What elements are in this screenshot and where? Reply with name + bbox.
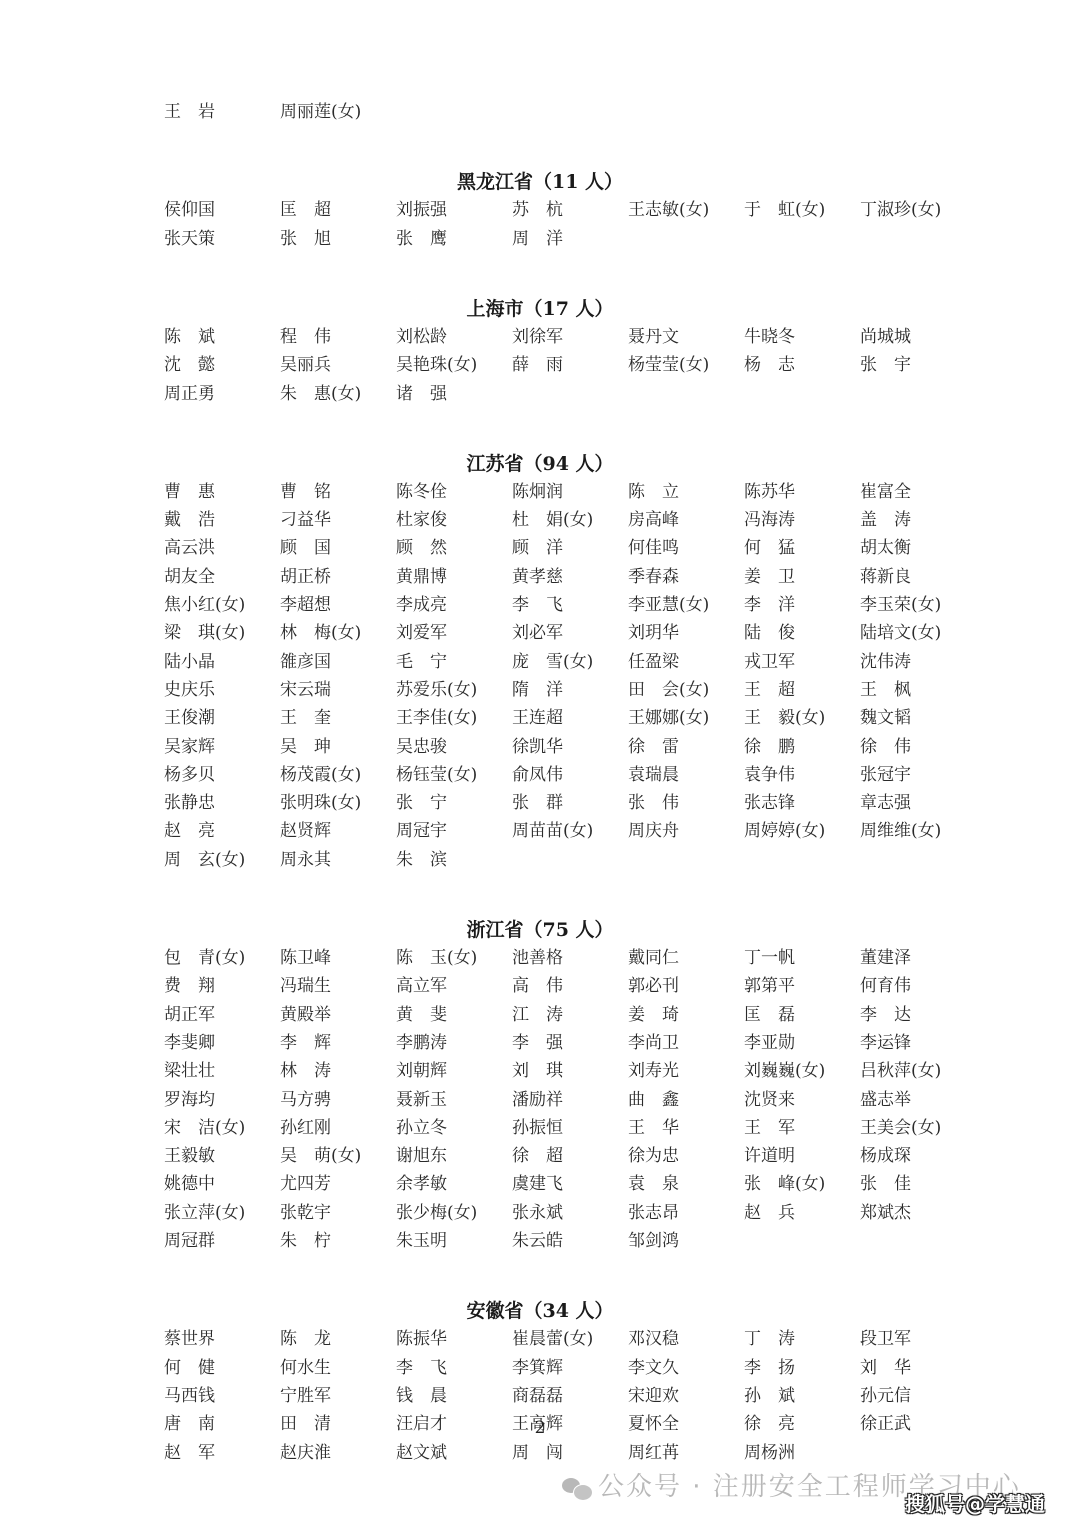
person-name: 吕秋萍(女): [860, 1057, 941, 1085]
person-name: 周红苒: [628, 1439, 679, 1467]
person-name: 张冠宇: [860, 761, 911, 789]
person-name: 周杨洲: [744, 1439, 795, 1467]
person-name: 苏爱乐(女): [396, 676, 477, 704]
person-name: 董建泽: [860, 944, 911, 972]
person-name: 郭必刊: [628, 972, 679, 1000]
person-name: 张 群: [512, 789, 563, 817]
person-name: 李鹏涛: [396, 1029, 447, 1057]
person-name: 王 岩: [164, 98, 215, 126]
person-name: 胡友全: [164, 563, 215, 591]
person-name: 张 鹰: [396, 225, 447, 253]
sohu-watermark: 搜狐号@学慧通: [905, 1488, 1045, 1517]
person-name: 周 闯: [512, 1439, 563, 1467]
person-name: 李箕辉: [512, 1354, 563, 1382]
person-name: 隋 洋: [512, 676, 563, 704]
person-name: 孙 斌: [744, 1382, 795, 1410]
person-name: 陈振华: [396, 1325, 447, 1353]
person-name: 张立萍(女): [164, 1199, 245, 1227]
person-name: 吴忠骏: [396, 733, 447, 761]
person-name: 赵庆淮: [280, 1439, 331, 1467]
name-row: 戴 浩刁益华杜家俊杜 娟(女)房高峰冯海涛盖 涛: [164, 506, 994, 534]
person-name: 何佳鸣: [628, 534, 679, 562]
person-name: 钱 晨: [396, 1382, 447, 1410]
person-name: 王李佳(女): [396, 704, 477, 732]
person-name: 马方骋: [280, 1086, 331, 1114]
name-row: 罗海均马方骋聂新玉潘励祥曲 鑫沈贤来盛志举: [164, 1086, 994, 1114]
person-name: 李 飞: [512, 591, 563, 619]
name-row: 沈 懿吴丽兵吴艳珠(女)薛 雨杨莹莹(女)杨 志张 宇: [164, 351, 994, 379]
person-name: 曹 惠: [164, 478, 215, 506]
name-row: 姚德中尤四芳余孝敏虞建飞袁 泉张 峰(女)张 佳: [164, 1170, 994, 1198]
person-name: 李尚卫: [628, 1029, 679, 1057]
name-row: 史庆乐宋云瑞苏爱乐(女)隋 洋田 会(女)王 超王 枫: [164, 676, 994, 704]
person-name: 史庆乐: [164, 676, 215, 704]
person-name: 周婷婷(女): [744, 817, 825, 845]
person-name: 刘徐军: [512, 323, 563, 351]
person-name: 徐为忠: [628, 1142, 679, 1170]
person-name: 何水生: [280, 1354, 331, 1382]
name-row: 陆小晶雒彦国毛 宁庞 雪(女)任盈梁戎卫军沈伟涛: [164, 648, 994, 676]
person-name: 徐 鹏: [744, 733, 795, 761]
person-name: 田 会(女): [628, 676, 709, 704]
person-name: 李 飞: [396, 1354, 447, 1382]
person-name: 徐 超: [512, 1142, 563, 1170]
name-row: 费 翔冯瑞生高立军高 伟郭必刊郭第平何育伟: [164, 972, 994, 1000]
person-name: 李 洋: [744, 591, 795, 619]
name-row: 王毅敏吴 萌(女)谢旭东徐 超徐为忠许道明杨成琛: [164, 1142, 994, 1170]
person-name: 王毅敏: [164, 1142, 215, 1170]
person-name: 杜家俊: [396, 506, 447, 534]
person-name: 陆小晶: [164, 648, 215, 676]
person-name: 吴 珅: [280, 733, 331, 761]
person-name: 戎卫军: [744, 648, 795, 676]
person-name: 于 虹(女): [744, 196, 825, 224]
name-row: 李斐卿李 辉李鹏涛李 强李尚卫李亚勋李运锋: [164, 1029, 994, 1057]
person-name: 陈冬佺: [396, 478, 447, 506]
person-name: 李 辉: [280, 1029, 331, 1057]
person-name: 刘振强: [396, 196, 447, 224]
person-name: 张 宁: [396, 789, 447, 817]
person-name: 赵 亮: [164, 817, 215, 845]
person-name: 谢旭东: [396, 1142, 447, 1170]
person-name: 张 峰(女): [744, 1170, 825, 1198]
person-name: 邹剑鸿: [628, 1227, 679, 1255]
person-name: 林 涛: [280, 1057, 331, 1085]
name-row: 吴家辉吴 珅吴忠骏徐凯华徐 雷徐 鹏徐 伟: [164, 733, 994, 761]
person-name: 薛 雨: [512, 351, 563, 379]
person-name: 张永斌: [512, 1199, 563, 1227]
name-row: 周 玄(女)周永其朱 滨: [164, 846, 994, 874]
person-name: 张明珠(女): [280, 789, 361, 817]
person-name: 蔡世界: [164, 1325, 215, 1353]
person-name: 李 扬: [744, 1354, 795, 1382]
name-row: 胡正军黄殿举黄 斐江 涛姜 琦匡 磊李 达: [164, 1001, 994, 1029]
person-name: 王 超: [744, 676, 795, 704]
person-name: 徐凯华: [512, 733, 563, 761]
person-name: 朱 惠(女): [280, 380, 361, 408]
name-row: 周正勇朱 惠(女)诸 强: [164, 380, 994, 408]
person-name: 胡正桥: [280, 563, 331, 591]
person-name: 李玉荣(女): [860, 591, 941, 619]
person-name: 周丽莲(女): [280, 98, 361, 126]
person-name: 宋云瑞: [280, 676, 331, 704]
person-name: 任盈梁: [628, 648, 679, 676]
person-name: 陈 玉(女): [396, 944, 477, 972]
person-name: 段卫军: [860, 1325, 911, 1353]
person-name: 宁胜军: [280, 1382, 331, 1410]
person-name: 徐 伟: [860, 733, 911, 761]
person-name: 徐 雷: [628, 733, 679, 761]
person-name: 陆 俊: [744, 619, 795, 647]
person-name: 焦小红(女): [164, 591, 245, 619]
person-name: 袁 泉: [628, 1170, 679, 1198]
person-name: 王 华: [628, 1114, 679, 1142]
name-row: 王俊潮王 奎王李佳(女)王连超王娜娜(女)王 毅(女)魏文韬: [164, 704, 994, 732]
person-name: 朱云皓: [512, 1227, 563, 1255]
person-name: 李成亮: [396, 591, 447, 619]
name-row: 梁 琪(女)林 梅(女)刘爱军刘必军刘玥华陆 俊陆培文(女): [164, 619, 994, 647]
name-row: 曹 惠曹 铭陈冬佺陈炯润陈 立陈苏华崔富全: [164, 478, 994, 506]
person-name: 费 翔: [164, 972, 215, 1000]
person-name: 邓汉稳: [628, 1325, 679, 1353]
person-name: 章志强: [860, 789, 911, 817]
person-name: 陈炯润: [512, 478, 563, 506]
person-name: 沈贤来: [744, 1086, 795, 1114]
person-name: 刘松龄: [396, 323, 447, 351]
person-name: 高立军: [396, 972, 447, 1000]
person-name: 沈伟涛: [860, 648, 911, 676]
person-name: 尚城城: [860, 323, 911, 351]
person-name: 侯仰国: [164, 196, 215, 224]
person-name: 郭第平: [744, 972, 795, 1000]
person-name: 杨莹莹(女): [628, 351, 709, 379]
person-name: 吴丽兵: [280, 351, 331, 379]
person-name: 曲 鑫: [628, 1086, 679, 1114]
person-name: 何 猛: [744, 534, 795, 562]
person-name: 雒彦国: [280, 648, 331, 676]
person-name: 袁争伟: [744, 761, 795, 789]
person-name: 梁壮壮: [164, 1057, 215, 1085]
person-name: 赵 军: [164, 1439, 215, 1467]
name-row: 张静忠张明珠(女)张 宁张 群张 伟张志锋章志强: [164, 789, 994, 817]
name-row: 梁壮壮林 涛刘朝辉刘 琪刘寿光刘巍巍(女)吕秋萍(女): [164, 1057, 994, 1085]
person-name: 顾 然: [396, 534, 447, 562]
section-heading: 浙江省（75 人）: [0, 916, 1080, 944]
person-name: 周永其: [280, 846, 331, 874]
person-name: 包 青(女): [164, 944, 245, 972]
document-page: 王 岩周丽莲(女)黑龙江省（11 人）侯仰国匡 超刘振强苏 杭王志敏(女)于 虹…: [0, 0, 1080, 1527]
person-name: 张天策: [164, 225, 215, 253]
person-name: 周 洋: [512, 225, 563, 253]
person-name: 蒋新良: [860, 563, 911, 591]
name-row: 陈 斌程 伟刘松龄刘徐军聂丹文牛晓冬尚城城: [164, 323, 994, 351]
person-name: 周冠宇: [396, 817, 447, 845]
person-name: 梁 琪(女): [164, 619, 245, 647]
person-name: 周正勇: [164, 380, 215, 408]
person-name: 杨 志: [744, 351, 795, 379]
person-name: 王志敏(女): [628, 196, 709, 224]
name-row: 胡友全胡正桥黄鼎博黄孝慈季春森姜 卫蒋新良: [164, 563, 994, 591]
person-name: 李超想: [280, 591, 331, 619]
person-name: 陆培文(女): [860, 619, 941, 647]
section-heading: 安徽省（34 人）: [0, 1297, 1080, 1325]
name-row: 高云洪顾 国顾 然顾 洋何佳鸣何 猛胡太衡: [164, 534, 994, 562]
person-name: 沈 懿: [164, 351, 215, 379]
person-name: 刘 琪: [512, 1057, 563, 1085]
person-name: 黄鼎博: [396, 563, 447, 591]
section-heading: 黑龙江省（11 人）: [0, 168, 1080, 196]
person-name: 诸 强: [396, 380, 447, 408]
person-name: 陈 龙: [280, 1325, 331, 1353]
person-name: 陈卫峰: [280, 944, 331, 972]
person-name: 孙元信: [860, 1382, 911, 1410]
name-row: 何 健何水生李 飞李箕辉李文久李 扬刘 华: [164, 1354, 994, 1382]
person-name: 朱 滨: [396, 846, 447, 874]
person-name: 刘爱军: [396, 619, 447, 647]
person-name: 聂丹文: [628, 323, 679, 351]
person-name: 魏文韬: [860, 704, 911, 732]
person-name: 刁益华: [280, 506, 331, 534]
person-name: 杨钰莹(女): [396, 761, 477, 789]
person-name: 吴家辉: [164, 733, 215, 761]
person-name: 周苗苗(女): [512, 817, 593, 845]
section-heading: 江苏省（94 人）: [0, 450, 1080, 478]
person-name: 周维维(女): [860, 817, 941, 845]
person-name: 顾 洋: [512, 534, 563, 562]
person-name: 刘朝辉: [396, 1057, 447, 1085]
person-name: 王娜娜(女): [628, 704, 709, 732]
person-name: 张志锋: [744, 789, 795, 817]
person-name: 盖 涛: [860, 506, 911, 534]
person-name: 张静忠: [164, 789, 215, 817]
person-name: 姜 琦: [628, 1001, 679, 1029]
name-row: 赵 亮赵贤辉周冠宇周苗苗(女)周庆舟周婷婷(女)周维维(女): [164, 817, 994, 845]
name-row: 张天策张 旭张 鹰周 洋: [164, 225, 994, 253]
person-name: 杨成琛: [860, 1142, 911, 1170]
person-name: 毛 宁: [396, 648, 447, 676]
person-name: 胡太衡: [860, 534, 911, 562]
person-name: 崔晨蕾(女): [512, 1325, 593, 1353]
person-name: 周冠群: [164, 1227, 215, 1255]
person-name: 黄 斐: [396, 1001, 447, 1029]
person-name: 王 毅(女): [744, 704, 825, 732]
person-name: 高 伟: [512, 972, 563, 1000]
person-name: 何育伟: [860, 972, 911, 1000]
person-name: 李运锋: [860, 1029, 911, 1057]
person-name: 朱 柠: [280, 1227, 331, 1255]
person-name: 丁淑珍(女): [860, 196, 941, 224]
person-name: 苏 杭: [512, 196, 563, 224]
person-name: 李斐卿: [164, 1029, 215, 1057]
person-name: 李亚勋: [744, 1029, 795, 1057]
person-name: 盛志举: [860, 1086, 911, 1114]
person-name: 赵贤辉: [280, 817, 331, 845]
person-name: 张少梅(女): [396, 1199, 477, 1227]
person-name: 赵 兵: [744, 1199, 795, 1227]
person-name: 刘必军: [512, 619, 563, 647]
person-name: 房高峰: [628, 506, 679, 534]
person-name: 牛晓冬: [744, 323, 795, 351]
person-name: 戴同仁: [628, 944, 679, 972]
name-row: 周冠群朱 柠朱玉明朱云皓邹剑鸿: [164, 1227, 994, 1255]
person-name: 吴艳珠(女): [396, 351, 477, 379]
name-row: 张立萍(女)张乾宇张少梅(女)张永斌张志昂赵 兵郑斌杰: [164, 1199, 994, 1227]
person-name: 丁一帆: [744, 944, 795, 972]
person-name: 李亚慧(女): [628, 591, 709, 619]
person-name: 张乾宇: [280, 1199, 331, 1227]
person-name: 张 佳: [860, 1170, 911, 1198]
person-name: 李 强: [512, 1029, 563, 1057]
person-name: 匡 磊: [744, 1001, 795, 1029]
person-name: 庞 雪(女): [512, 648, 593, 676]
name-row: 王 岩周丽莲(女): [164, 98, 994, 126]
person-name: 陈 立: [628, 478, 679, 506]
person-name: 姜 卫: [744, 563, 795, 591]
person-name: 冯瑞生: [280, 972, 331, 1000]
person-name: 王连超: [512, 704, 563, 732]
person-name: 余孝敏: [396, 1170, 447, 1198]
person-name: 袁瑞晨: [628, 761, 679, 789]
person-name: 杨多贝: [164, 761, 215, 789]
person-name: 江 涛: [512, 1001, 563, 1029]
name-row: 蔡世界陈 龙陈振华崔晨蕾(女)邓汉稳丁 涛段卫军: [164, 1325, 994, 1353]
person-name: 孙红刚: [280, 1114, 331, 1142]
name-row: 宋 洁(女)孙红刚孙立冬孙振恒王 华王 军王美会(女): [164, 1114, 994, 1142]
person-name: 杨茂霞(女): [280, 761, 361, 789]
person-name: 潘励祥: [512, 1086, 563, 1114]
person-name: 孙振恒: [512, 1114, 563, 1142]
person-name: 周庆舟: [628, 817, 679, 845]
person-name: 郑斌杰: [860, 1199, 911, 1227]
person-name: 李 达: [860, 1001, 911, 1029]
person-name: 刘寿光: [628, 1057, 679, 1085]
person-name: 王美会(女): [860, 1114, 941, 1142]
person-name: 曹 铭: [280, 478, 331, 506]
person-name: 杜 娟(女): [512, 506, 593, 534]
person-name: 聂新玉: [396, 1086, 447, 1114]
person-name: 朱玉明: [396, 1227, 447, 1255]
person-name: 何 健: [164, 1354, 215, 1382]
person-name: 戴 浩: [164, 506, 215, 534]
person-name: 吴 萌(女): [280, 1142, 361, 1170]
person-name: 张 伟: [628, 789, 679, 817]
page-number: 2: [0, 1418, 1080, 1438]
person-name: 周 玄(女): [164, 846, 245, 874]
person-name: 罗海均: [164, 1086, 215, 1114]
person-name: 匡 超: [280, 196, 331, 224]
wechat-icon: [562, 1476, 592, 1500]
person-name: 季春森: [628, 563, 679, 591]
name-row: 赵 军赵庆淮赵文斌周 闯周红苒周杨洲: [164, 1439, 994, 1467]
person-name: 黄孝慈: [512, 563, 563, 591]
person-name: 丁 涛: [744, 1325, 795, 1353]
person-name: 李文久: [628, 1354, 679, 1382]
person-name: 俞凤伟: [512, 761, 563, 789]
name-row: 包 青(女)陈卫峰陈 玉(女)池善格戴同仁丁一帆董建泽: [164, 944, 994, 972]
person-name: 虞建飞: [512, 1170, 563, 1198]
person-name: 顾 国: [280, 534, 331, 562]
person-name: 崔富全: [860, 478, 911, 506]
person-name: 陈 斌: [164, 323, 215, 351]
person-name: 张 宇: [860, 351, 911, 379]
name-row: 焦小红(女)李超想李成亮李 飞李亚慧(女)李 洋李玉荣(女): [164, 591, 994, 619]
person-name: 刘 华: [860, 1354, 911, 1382]
person-name: 商磊磊: [512, 1382, 563, 1410]
person-name: 刘巍巍(女): [744, 1057, 825, 1085]
person-name: 宋 洁(女): [164, 1114, 245, 1142]
person-name: 胡正军: [164, 1001, 215, 1029]
person-name: 孙立冬: [396, 1114, 447, 1142]
person-name: 张 旭: [280, 225, 331, 253]
name-row: 侯仰国匡 超刘振强苏 杭王志敏(女)于 虹(女)丁淑珍(女): [164, 196, 994, 224]
section-heading: 上海市（17 人）: [0, 295, 1080, 323]
person-name: 陈苏华: [744, 478, 795, 506]
person-name: 王 奎: [280, 704, 331, 732]
person-name: 池善格: [512, 944, 563, 972]
name-row: 马西钱宁胜军钱 晨商磊磊宋迎欢孙 斌孙元信: [164, 1382, 994, 1410]
person-name: 尤四芳: [280, 1170, 331, 1198]
person-name: 许道明: [744, 1142, 795, 1170]
person-name: 王俊潮: [164, 704, 215, 732]
person-name: 林 梅(女): [280, 619, 361, 647]
person-name: 高云洪: [164, 534, 215, 562]
person-name: 赵文斌: [396, 1439, 447, 1467]
person-name: 宋迎欢: [628, 1382, 679, 1410]
person-name: 王 军: [744, 1114, 795, 1142]
name-row: 杨多贝杨茂霞(女)杨钰莹(女)俞凤伟袁瑞晨袁争伟张冠宇: [164, 761, 994, 789]
person-name: 冯海涛: [744, 506, 795, 534]
person-name: 程 伟: [280, 323, 331, 351]
person-name: 刘玥华: [628, 619, 679, 647]
person-name: 黄殿举: [280, 1001, 331, 1029]
person-name: 王 枫: [860, 676, 911, 704]
person-name: 马西钱: [164, 1382, 215, 1410]
person-name: 张志昂: [628, 1199, 679, 1227]
person-name: 姚德中: [164, 1170, 215, 1198]
